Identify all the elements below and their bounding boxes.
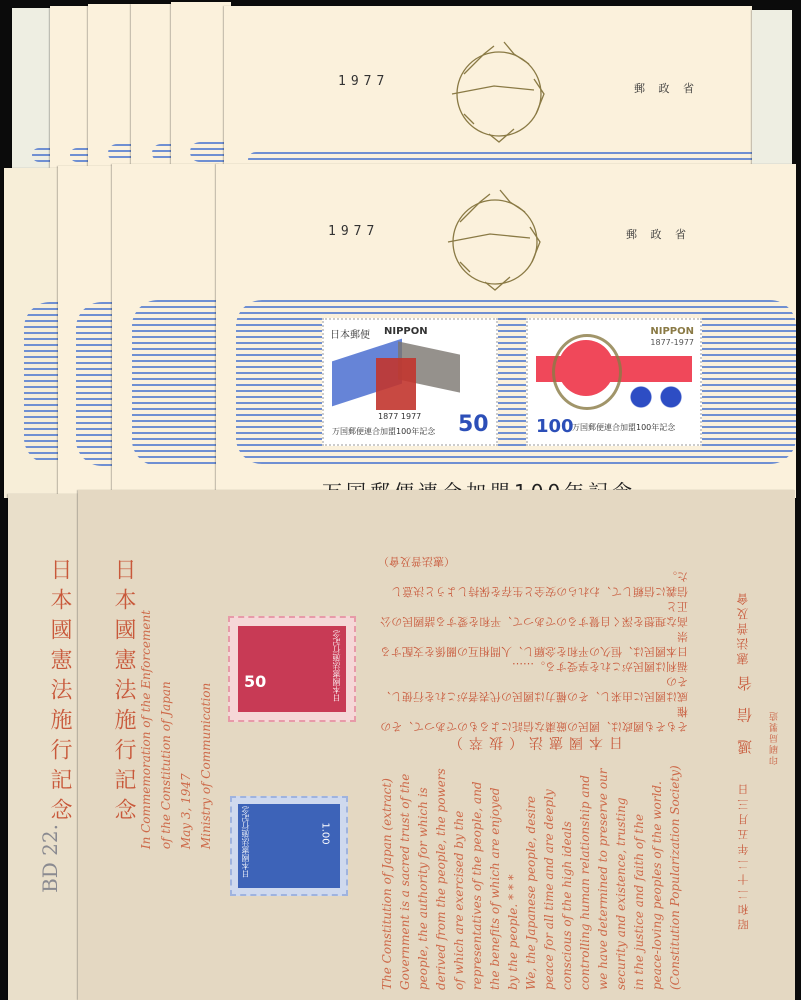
stamp-header: 日本郵便 (330, 326, 370, 341)
sheet-year: 1977 (338, 74, 389, 89)
upu-figures-icon (552, 334, 622, 410)
sheet-title-jp: 日本國憲法施行記念 (44, 558, 75, 828)
stamp-caption: 日本國憲法施行記念 (240, 806, 251, 878)
catalog-mark: BD 22. (38, 824, 62, 893)
issuer-label: 郵 政 省 (634, 80, 699, 96)
stamp-value: 50 (244, 672, 266, 691)
issuer-label: 遞 信 省 (734, 670, 755, 755)
stamp-50-sen: 50 日本國憲法施行記念 (228, 616, 356, 722)
stamp-country: NIPPON (384, 326, 428, 337)
stamp-country: NIPPON (650, 326, 694, 337)
issuer-label: 郵 政 省 (626, 226, 691, 242)
stamp-years: 1877 1977 (378, 412, 421, 421)
stamp-caption: 万国郵便連合加盟100年記念 (572, 422, 675, 433)
world-map-icon (626, 384, 686, 410)
society-label: 憲法普及會 (734, 590, 751, 665)
stamp-1-yen: 1.00 日本國憲法施行記念 (230, 796, 348, 896)
stamp-value: 1.00 (319, 822, 330, 844)
stripe-panel (132, 300, 220, 466)
stamp-years: 1877-1977 (650, 338, 694, 347)
stripe-panel (236, 300, 796, 464)
upu-sheet-top: 1977 郵 政 省 (224, 6, 752, 168)
stamp-value: 100 (536, 416, 574, 437)
stamp-value: 50 (458, 412, 489, 437)
english-heading: In Commemoration of the Enforcement of t… (136, 610, 216, 849)
stamp-caption: 日本國憲法施行記念 (331, 630, 342, 702)
stripe-panel (76, 302, 116, 466)
stamp-50-yen: 日本郵便 NIPPON 1877 1977 万国郵便連合加盟100年記念 50 (322, 318, 498, 446)
stamp-caption: 万国郵便連合加盟100年記念 (332, 426, 435, 437)
stamp-100-yen: NIPPON 1877-1977 100 万国郵便連合加盟100年記念 (526, 318, 702, 446)
date-label: 昭和二十二年五月三日 (736, 780, 752, 930)
printer-label: 印刷局製造 (768, 710, 781, 765)
japanese-body: 日本國憲法（抜萃） そもそも國政は、國民の厳粛な信託によるものであつて、その権 … (378, 554, 688, 749)
postbox-icon (376, 358, 416, 410)
sheet-title-jp: 日本國憲法施行記念 (108, 558, 139, 828)
upu-souvenir-sheet: 1977 郵 政 省 日本郵便 NIPPON 1877 1977 万国郵便連合加… (216, 164, 796, 498)
constitution-souvenir-sheet: 日本國憲法施行記念 In Commemoration of the Enforc… (78, 490, 795, 1000)
upu-monument-icon (444, 34, 554, 149)
upu-sheet-edge (752, 10, 792, 168)
upu-monument-icon (440, 182, 550, 297)
sheet-year: 1977 (328, 224, 379, 239)
